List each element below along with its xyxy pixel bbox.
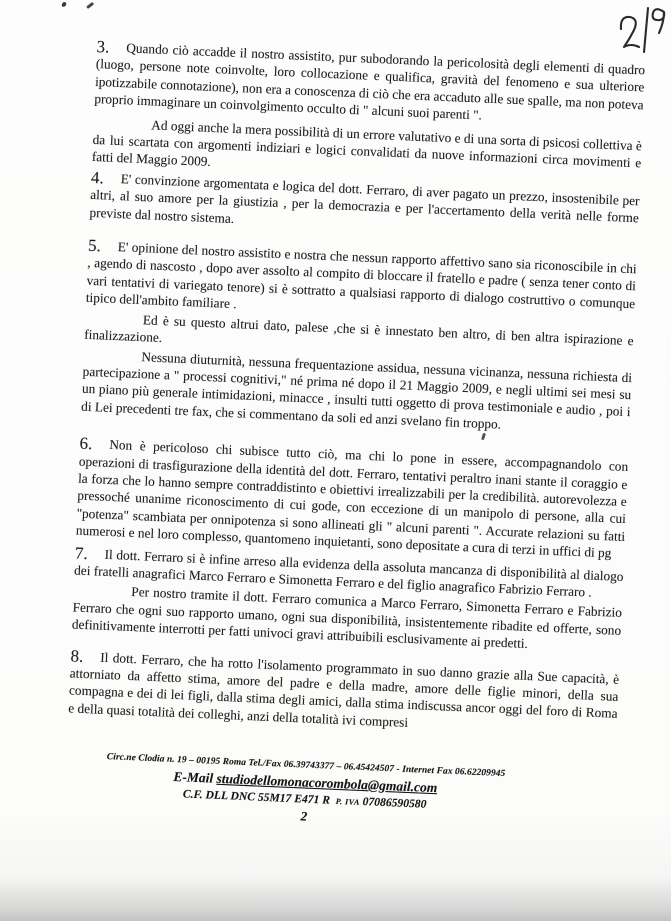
paragraph-6: 6.Non è pericoloso chi subisce tutto ciò… xyxy=(76,435,629,563)
piva-number: 07086590580 xyxy=(362,795,426,811)
scanned-document-page: 3.Quando ciò accadde il nostro assistito… xyxy=(0,0,671,921)
paragraph-text: Quando ciò accadde il nostro assistito, … xyxy=(94,40,645,122)
footer: Circ.ne Clodia n. 19 – 00195 Roma Tel./F… xyxy=(64,751,546,836)
scan-artifact xyxy=(86,2,94,9)
paragraph-text: E' opinione del nostro assistito e nostr… xyxy=(86,239,637,311)
scan-artifact xyxy=(61,1,67,7)
paragraph-text: Il dott. Ferraro, che ha rotto l'isolame… xyxy=(68,649,619,729)
piva-label: P. IVA xyxy=(336,797,360,807)
paragraph-number: 7. xyxy=(75,543,89,563)
paragraph-number: 3. xyxy=(96,37,110,57)
paragraph-number: 4. xyxy=(91,168,105,188)
paragraph-number: 6. xyxy=(79,434,93,454)
paragraph-8: 8.Il dott. Ferraro, che ha rotto l'isola… xyxy=(68,647,619,740)
handwritten-page-mark xyxy=(598,2,670,58)
document-body: 3.Quando ciò accadde il nostro assistito… xyxy=(64,38,646,838)
paragraph-number: 8. xyxy=(70,646,84,666)
paragraph-text: Non è pericoloso chi subisce tutto ciò, … xyxy=(76,437,629,561)
scan-shadow xyxy=(0,877,671,921)
paragraph-number: 5. xyxy=(88,236,102,256)
email-label: E-Mail xyxy=(173,769,213,786)
